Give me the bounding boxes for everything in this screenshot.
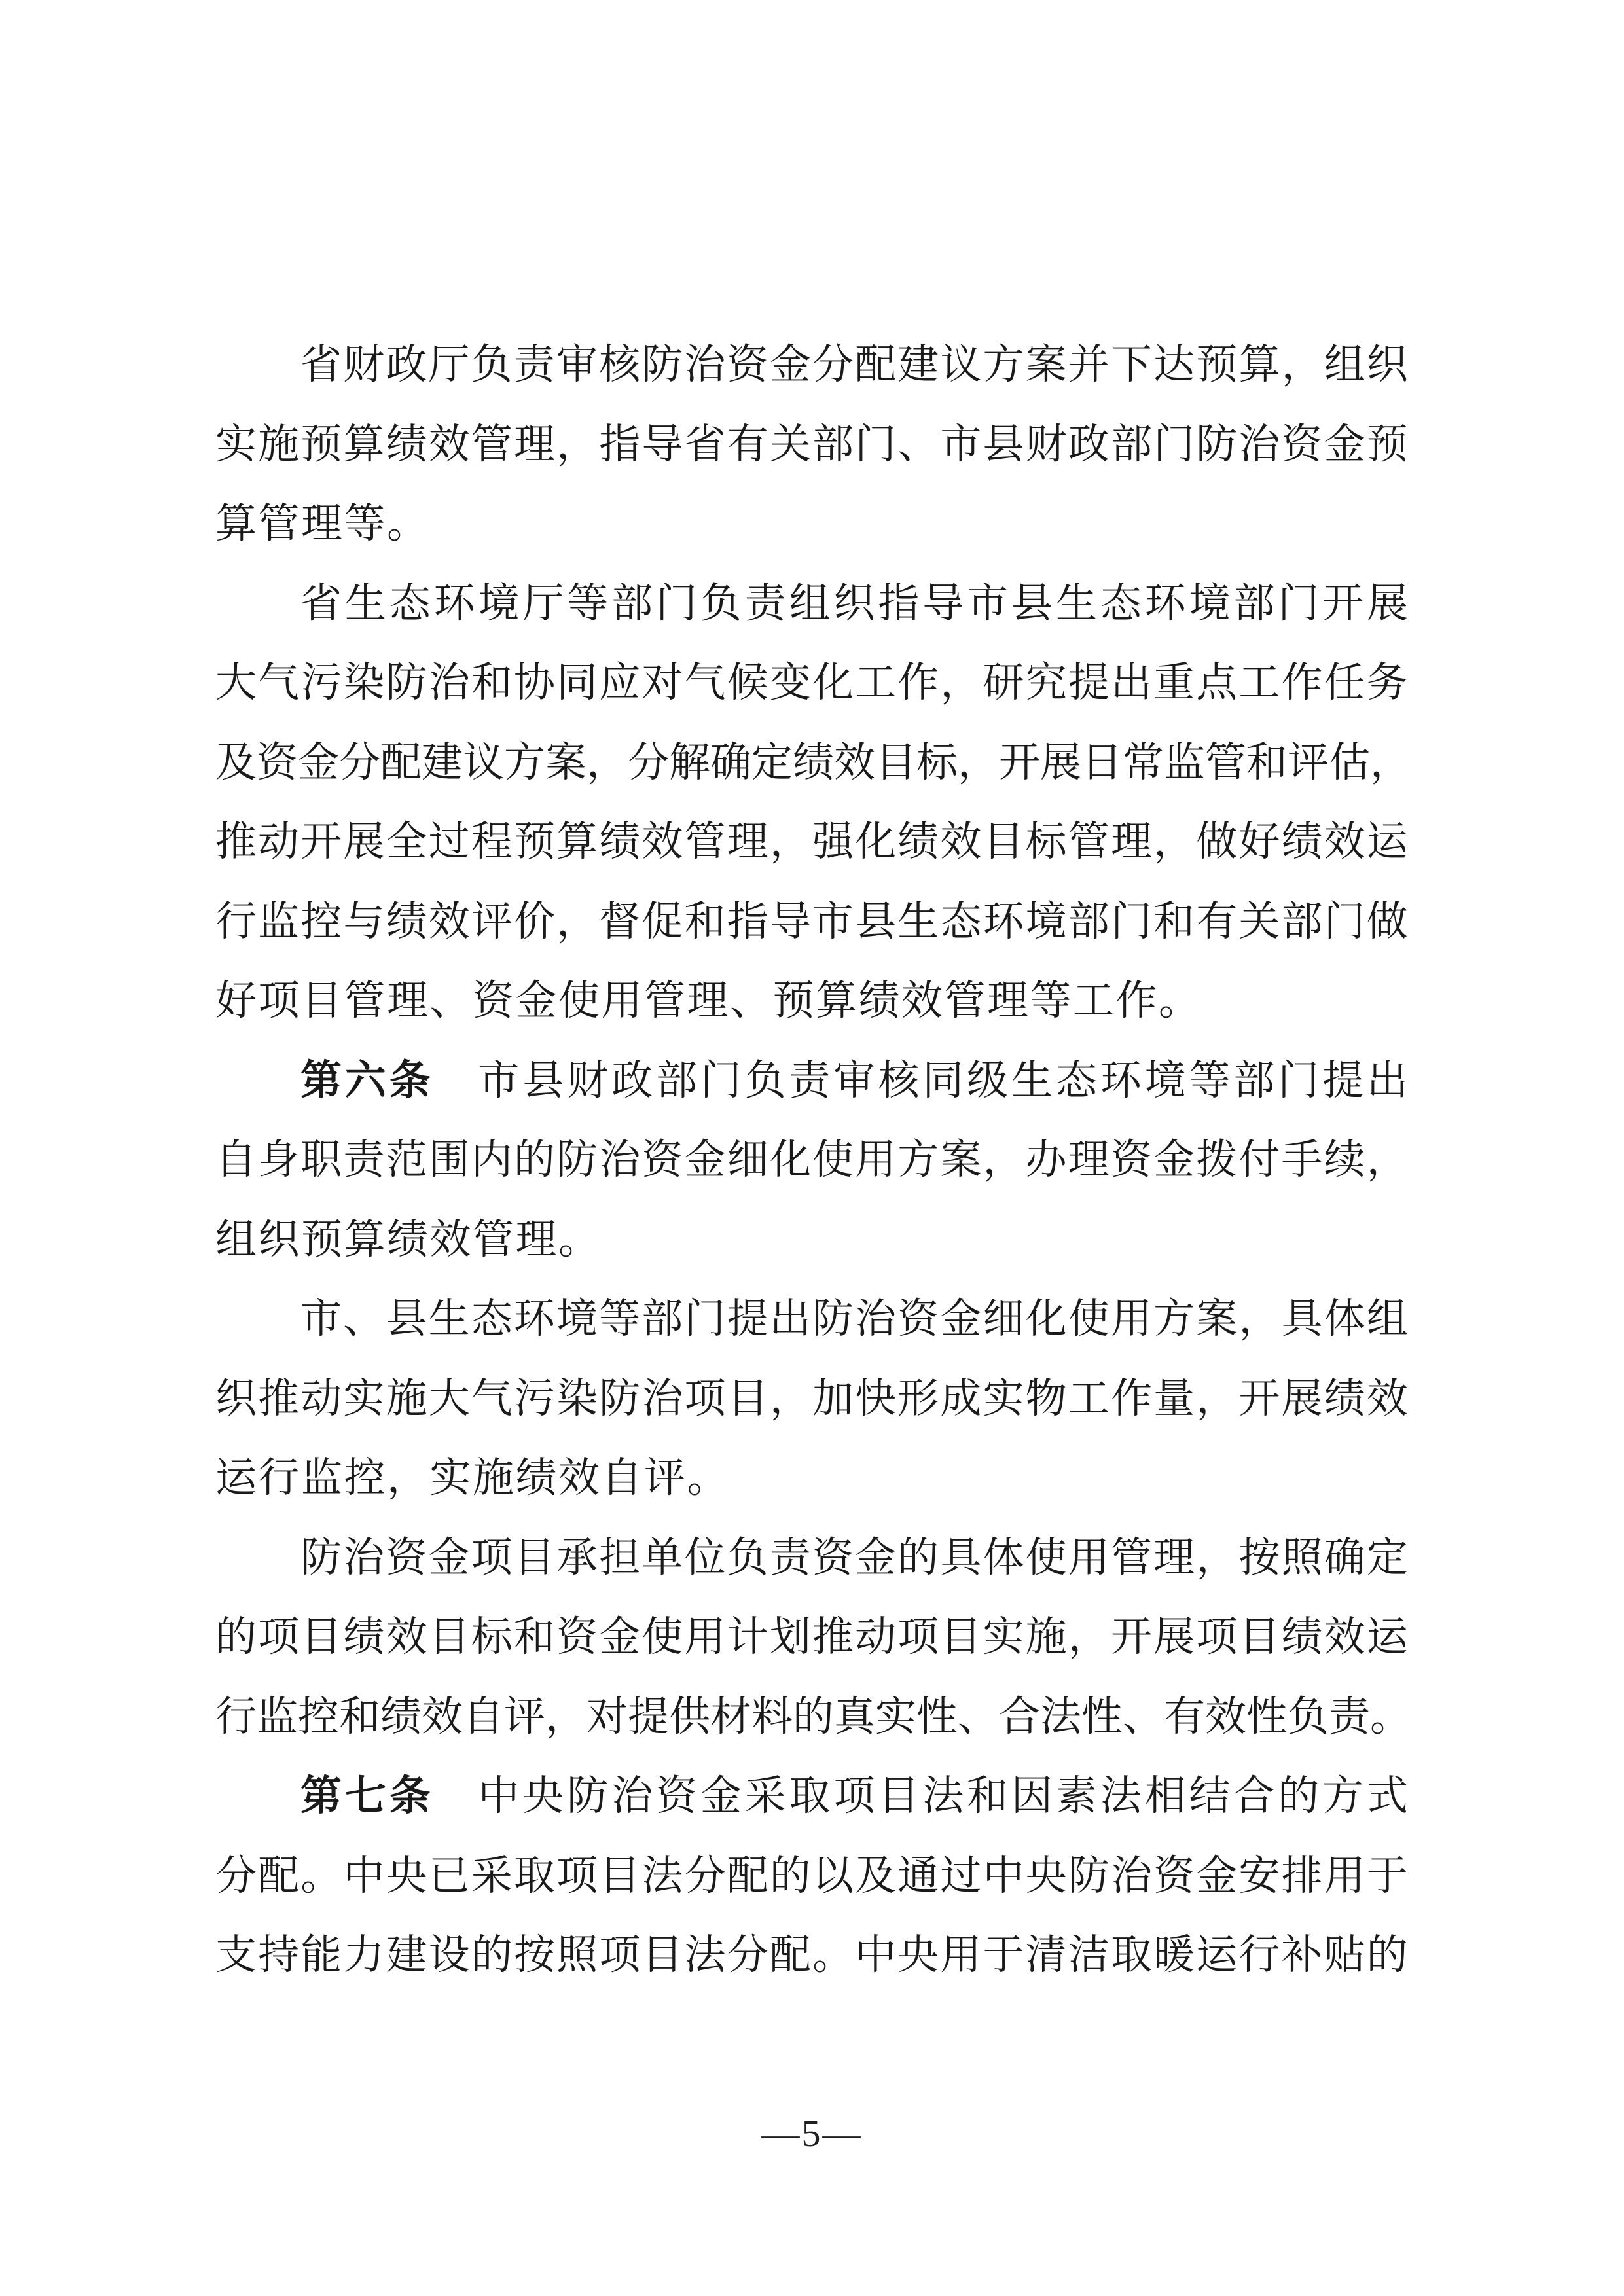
body-char: 促	[641, 901, 683, 942]
body-char: ，	[586, 742, 628, 783]
body-char: 目	[429, 1617, 470, 1658]
body-char: 建	[422, 742, 463, 783]
body-char: 使	[641, 1617, 683, 1658]
text-line: 织推动实施大气污染防治项目，加快形成实物工作量，开展绩效	[215, 1359, 1408, 1439]
body-char: 拨	[1196, 1139, 1237, 1181]
body-char: 关	[770, 424, 811, 465]
body-char: 监	[1164, 742, 1205, 783]
body-char: 项	[471, 1537, 513, 1579]
body-char: 用	[602, 980, 643, 1022]
body-char: 资	[1153, 1856, 1195, 1897]
body-char: 金	[599, 1617, 640, 1658]
body-char: 结	[1189, 1776, 1231, 1817]
body-char: 预	[773, 980, 814, 1022]
body-char: 管	[344, 980, 386, 1022]
body-char: 标	[471, 1617, 513, 1658]
body-char: 按	[1238, 1537, 1280, 1579]
body-char: 管	[1068, 821, 1110, 863]
body-char: 展	[343, 821, 384, 863]
body-char: 中	[855, 1935, 896, 1976]
body-char: 厅	[522, 583, 564, 624]
body-char: 气	[258, 662, 299, 704]
body-char: 取	[514, 1856, 555, 1897]
body-char: 、	[958, 1696, 999, 1738]
body-char: 担	[599, 1537, 640, 1579]
body-char: 做	[1367, 901, 1408, 942]
text-line: 第六条 市县财政部门负责审核同级生态环境等部门提出	[215, 1041, 1408, 1121]
body-char: 态	[940, 901, 981, 942]
body-char: 态	[1100, 583, 1142, 624]
body-char: 行	[215, 1696, 257, 1738]
body-char: 督	[599, 901, 640, 942]
body-char: 绩	[386, 424, 427, 465]
body-char: 部	[1068, 901, 1110, 942]
body-char: ，	[770, 1378, 811, 1420]
body-char: 境	[556, 1299, 598, 1340]
body-char: 绩	[386, 901, 427, 942]
body-char: 用	[940, 1935, 981, 1976]
body-char: 省	[300, 583, 342, 624]
body-char: 控	[300, 901, 342, 942]
body-char: 展	[1040, 742, 1081, 783]
body-char: 效	[641, 821, 683, 863]
body-char: 展	[1367, 583, 1408, 624]
body-char: 等	[1189, 1060, 1231, 1102]
body-char: 负	[1288, 1696, 1329, 1738]
body-char: 金	[1324, 424, 1365, 465]
body-char: 态	[389, 583, 431, 624]
body-char: 目	[599, 1856, 640, 1897]
body-char: 财	[567, 1060, 608, 1102]
body-char: 织	[834, 583, 875, 624]
body-char: 开	[300, 821, 342, 863]
body-char: 施	[386, 1378, 427, 1420]
body-char: 治	[343, 1537, 384, 1579]
body-char: 运	[1196, 1935, 1237, 1976]
body-char: 按	[514, 1935, 555, 1976]
body-char: 对	[586, 1696, 628, 1738]
text-line: 省生态环境厅等部门负责组织指导市县生态环境部门开展	[215, 564, 1408, 644]
body-char: 省	[300, 344, 342, 386]
body-char: 实	[430, 1458, 471, 1499]
body-char: 提	[727, 1299, 768, 1340]
body-char: 市	[967, 583, 1008, 624]
body-char: 效	[940, 821, 981, 863]
body-char: 和	[1153, 901, 1195, 942]
body-char: 资	[257, 742, 298, 783]
body-char: 开	[1322, 583, 1363, 624]
body-char: 金	[1153, 1139, 1195, 1181]
body-char: 目	[940, 1617, 981, 1658]
body-char	[434, 1776, 475, 1817]
body-char: 算	[343, 424, 384, 465]
body-char: 日	[1081, 742, 1123, 783]
body-char: 支	[215, 1935, 257, 1976]
body-char: 项	[685, 1378, 726, 1420]
body-char: 划	[770, 1617, 811, 1658]
body-char: 目	[727, 1378, 768, 1420]
body-char: 有	[727, 424, 768, 465]
body-char: 性	[1246, 1696, 1288, 1738]
body-char: 绩	[1324, 1378, 1365, 1420]
body-char: ，	[387, 1458, 428, 1499]
body-char: 防	[567, 1776, 608, 1817]
body-char: 算	[344, 1219, 386, 1261]
body-char: 政	[386, 344, 427, 386]
body-char: ，	[770, 821, 811, 863]
body-char: 管	[473, 1219, 514, 1261]
body-char: 使	[812, 1139, 854, 1181]
document-body: 省财政厅负责审核防治资金分配建议方案并下达预算，组织实施预算绩效管理，指导省有关…	[215, 325, 1408, 1996]
body-char: 方	[897, 1139, 939, 1181]
body-char: 厅	[428, 344, 469, 386]
body-char: 绩	[1282, 1617, 1323, 1658]
body-char: 范	[386, 1139, 427, 1181]
body-char: 管	[1205, 742, 1246, 783]
text-line: 推动开展全过程预算绩效管理，强化绩效目标管理，做好绩效运	[215, 802, 1408, 882]
body-char: ，	[958, 742, 999, 783]
body-char: 贴	[1324, 1935, 1365, 1976]
body-char: 提	[628, 1696, 669, 1738]
text-line: 实施预算绩效管理，指导省有关部门、市县财政部门防治资金预	[215, 405, 1408, 485]
body-char: 续	[1324, 1139, 1365, 1181]
body-char: 绩	[859, 980, 900, 1022]
body-char: 央	[522, 1776, 564, 1817]
body-char: 方	[983, 344, 1024, 386]
body-char: 补	[1282, 1935, 1323, 1976]
body-char: 效	[901, 980, 943, 1022]
body-char: 门	[700, 1060, 742, 1102]
body-char: 务	[1367, 662, 1408, 704]
body-char: 控	[298, 1696, 339, 1738]
body-char: 用	[685, 1617, 726, 1658]
body-char: 治	[1238, 424, 1280, 465]
body-char: 市	[812, 901, 854, 942]
body-char: 项	[258, 1617, 299, 1658]
body-char: 目	[514, 1537, 555, 1579]
body-char: 作	[1116, 980, 1157, 1022]
body-char: 预	[300, 424, 342, 465]
body-char: 、	[1123, 1696, 1164, 1738]
body-char: 理	[987, 980, 1028, 1022]
body-char: 好	[1238, 821, 1280, 863]
body-char: 量	[1153, 1378, 1195, 1420]
body-char: 绩	[387, 1219, 428, 1261]
body-char: 分	[215, 1856, 257, 1897]
body-char: 生	[1011, 1060, 1053, 1102]
body-char: 标	[916, 742, 958, 783]
body-char: 力	[343, 1935, 384, 1976]
body-char: 关	[1238, 901, 1280, 942]
body-char: 导	[922, 583, 964, 624]
body-char: 开	[1238, 1378, 1280, 1420]
body-char: 财	[1026, 424, 1067, 465]
body-char: 环	[983, 901, 1024, 942]
body-char: 能	[300, 1935, 342, 1976]
body-char: 职	[300, 1139, 342, 1181]
body-char: 治	[611, 1776, 653, 1817]
body-char: 全	[386, 821, 427, 863]
body-char: 效	[1324, 1617, 1365, 1658]
body-char: 计	[727, 1617, 768, 1658]
body-char: 污	[514, 1378, 555, 1420]
body-char: 估	[1329, 742, 1370, 783]
body-char: 自	[463, 1696, 504, 1738]
body-char: 气	[471, 1378, 513, 1420]
body-char: 和	[1246, 742, 1288, 783]
body-char: 理	[387, 980, 428, 1022]
article-heading-char: 条	[389, 1060, 431, 1102]
body-char: 审	[834, 1060, 875, 1102]
body-char: 部	[1233, 1060, 1274, 1102]
body-char: 评	[471, 901, 513, 942]
body-char: 已	[429, 1856, 470, 1897]
body-char: 评	[504, 1696, 545, 1738]
body-char: 配	[727, 1856, 768, 1897]
body-char: 做	[1196, 821, 1237, 863]
body-char: 资	[1111, 1139, 1152, 1181]
body-char: 体	[1324, 1299, 1365, 1340]
body-char: 部	[656, 1060, 697, 1102]
body-char: 项	[1196, 1617, 1237, 1658]
body-char: 控	[344, 1458, 386, 1499]
body-char: 目	[875, 742, 916, 783]
text-line: 行监控与绩效评价，督促和指导市县生态环境部门和有关部门做	[215, 882, 1408, 962]
body-char: 采	[745, 1776, 786, 1817]
body-char: ，	[983, 1139, 1024, 1181]
body-char: 成	[940, 1378, 981, 1420]
body-char: 工	[1073, 980, 1114, 1022]
body-char: 清	[1026, 1935, 1067, 1976]
body-char: 动	[300, 1378, 342, 1420]
body-char: 县	[386, 1299, 427, 1340]
body-char: 生	[1056, 583, 1097, 624]
body-char: 、	[430, 980, 471, 1022]
body-char: 绩	[793, 742, 834, 783]
body-char: 真	[834, 1696, 875, 1738]
body-char: 变	[770, 662, 811, 704]
body-char: 有	[1196, 901, 1237, 942]
body-char: 取	[1111, 1935, 1152, 1976]
body-char: 责	[1329, 1696, 1370, 1738]
body-char: 治	[599, 1139, 640, 1181]
body-char: 。	[558, 1219, 600, 1261]
article-heading-char: 第	[300, 1060, 342, 1102]
text-line: 省财政厅负责审核防治资金分配建议方案并下达预算，组织	[215, 325, 1408, 405]
body-char: 部	[1233, 583, 1274, 624]
body-char: 责	[770, 1537, 811, 1579]
body-char: 负	[700, 583, 742, 624]
body-char: 并	[1068, 344, 1110, 386]
body-char: 指	[878, 583, 919, 624]
body-char: 配	[258, 1856, 299, 1897]
body-char: 治	[855, 1299, 896, 1340]
body-char: 分	[812, 344, 854, 386]
body-char: 施	[1026, 1617, 1067, 1658]
body-char: 绩	[516, 1458, 557, 1499]
body-char: 金	[940, 1299, 981, 1340]
text-line: 好项目管理、资金使用管理、预算绩效管理等工作。	[215, 961, 1408, 1041]
body-char: 项	[897, 1617, 939, 1658]
body-char: 对	[641, 662, 683, 704]
body-char: 预	[1196, 344, 1237, 386]
body-char: 法	[685, 1935, 726, 1976]
body-char: 绩	[343, 1617, 384, 1658]
body-char: 监	[301, 1458, 342, 1499]
body-char: 部	[641, 1299, 683, 1340]
body-char: 相	[1145, 1776, 1186, 1817]
body-char: 效	[558, 1458, 600, 1499]
body-char: 细	[727, 1139, 768, 1181]
body-char: 部	[812, 424, 854, 465]
body-char: 出	[1111, 662, 1152, 704]
body-char: ，	[1068, 1617, 1110, 1658]
body-char: 理	[514, 424, 555, 465]
body-char: 过	[940, 1856, 981, 1897]
body-char: 责	[514, 344, 555, 386]
body-char: 县	[855, 901, 896, 942]
body-char: 有	[1164, 1696, 1205, 1738]
body-char: 法	[1100, 1776, 1142, 1817]
body-char: 绩	[1282, 821, 1323, 863]
body-char: 部	[611, 583, 653, 624]
body-char: 提	[1068, 662, 1110, 704]
body-char: 算	[215, 503, 257, 545]
body-char: ，	[1282, 344, 1323, 386]
body-char: 中	[478, 1776, 520, 1817]
body-char: 材	[710, 1696, 751, 1738]
body-char: 预	[301, 1219, 342, 1261]
body-char: 生	[897, 901, 939, 942]
body-char: 的	[215, 1617, 257, 1658]
body-char: 价	[514, 901, 555, 942]
body-char: 开	[999, 742, 1040, 783]
body-char: 分	[628, 742, 669, 783]
body-char: 配	[770, 1935, 811, 1976]
body-char: 财	[343, 344, 384, 386]
body-char: ，	[1370, 742, 1411, 783]
body-char: 性	[916, 1696, 958, 1738]
body-char: 目	[1238, 1617, 1280, 1658]
body-char: 等	[599, 1299, 640, 1340]
body-char: 及	[855, 1856, 896, 1897]
body-char: 央	[897, 1935, 939, 1976]
body-char: 中	[983, 1856, 1024, 1897]
body-char: 达	[1153, 344, 1195, 386]
body-char: 生	[428, 1299, 469, 1340]
body-char: 和	[685, 901, 726, 942]
body-char: 内	[471, 1139, 513, 1181]
body-char: 研	[983, 662, 1024, 704]
body-char: 指	[599, 424, 640, 465]
body-char: 审	[556, 344, 598, 386]
body-char: 。	[687, 1458, 729, 1499]
body-char: 。	[1370, 1696, 1411, 1738]
body-char: 开	[1111, 1617, 1152, 1658]
body-char: 效	[1205, 1696, 1246, 1738]
body-char: 效	[430, 1219, 471, 1261]
body-char: 快	[855, 1378, 896, 1420]
body-char: 评	[1288, 742, 1329, 783]
body-char: 防	[300, 1537, 342, 1579]
body-char: 设	[429, 1935, 470, 1976]
body-char: 效	[422, 1696, 463, 1738]
body-char: 手	[1282, 1139, 1323, 1181]
body-char: 法	[1040, 1696, 1081, 1738]
body-char: 效	[429, 424, 470, 465]
body-char: 具	[940, 1537, 981, 1579]
body-char: 工	[1068, 1378, 1110, 1420]
body-char: 部	[1111, 424, 1152, 465]
body-char: 形	[897, 1378, 939, 1420]
body-char: 组	[1367, 1299, 1408, 1340]
body-char: 市	[300, 1299, 342, 1340]
body-char: 照	[556, 1935, 598, 1976]
body-char: 议	[463, 742, 504, 783]
body-char: 资	[812, 1537, 854, 1579]
body-char: 县	[1011, 583, 1053, 624]
body-char: 确	[710, 742, 751, 783]
text-line: 行监控和绩效自评，对提供材料的真实性、合法性、有效性负责。	[215, 1677, 1408, 1757]
body-char: 理	[1153, 1537, 1195, 1579]
body-char: 作	[1111, 1378, 1152, 1420]
body-char: 央	[386, 1856, 427, 1897]
body-char: 展	[1282, 1378, 1323, 1420]
body-char: 负	[745, 1060, 786, 1102]
body-char: 分	[685, 1856, 726, 1897]
body-char: 标	[1026, 821, 1067, 863]
body-char: 资	[473, 980, 514, 1022]
body-char: 部	[1282, 901, 1323, 942]
body-char: 于	[1367, 1856, 1408, 1897]
body-char: 定	[751, 742, 793, 783]
body-char: 理	[1068, 1139, 1110, 1181]
body-char: 织	[259, 1219, 300, 1261]
body-char: ，	[545, 1696, 586, 1738]
body-char: 绩	[599, 821, 640, 863]
body-char: 和	[514, 1617, 555, 1658]
body-char: 政	[611, 1060, 653, 1102]
body-char: 法	[641, 1856, 683, 1897]
body-char: 市	[940, 424, 981, 465]
body-char: 组	[789, 583, 831, 624]
body-char: 金	[298, 742, 339, 783]
body-char: 门	[855, 424, 896, 465]
body-char: 强	[812, 821, 854, 863]
body-char: 付	[1238, 1139, 1280, 1181]
body-char: 气	[685, 662, 726, 704]
body-char: ，	[1367, 1139, 1408, 1181]
body-char: 合	[999, 1696, 1040, 1738]
body-char: 分	[727, 1935, 768, 1976]
body-char: 方	[1322, 1776, 1363, 1817]
body-char: 用	[855, 1139, 896, 1181]
body-char: 管	[945, 980, 986, 1022]
body-char: 过	[429, 821, 470, 863]
body-char: 的	[770, 1856, 811, 1897]
body-char: 究	[1026, 662, 1067, 704]
body-char: 重	[1153, 662, 1195, 704]
body-char: ，	[556, 424, 598, 465]
body-char: 门	[1278, 1060, 1319, 1102]
body-char: 省	[685, 424, 726, 465]
body-char: 等	[344, 503, 386, 545]
body-char: 防	[386, 662, 427, 704]
body-char: 效	[386, 1617, 427, 1658]
body-char: 项	[599, 1935, 640, 1976]
body-char: 案	[1026, 344, 1067, 386]
body-char: 负	[727, 1537, 768, 1579]
